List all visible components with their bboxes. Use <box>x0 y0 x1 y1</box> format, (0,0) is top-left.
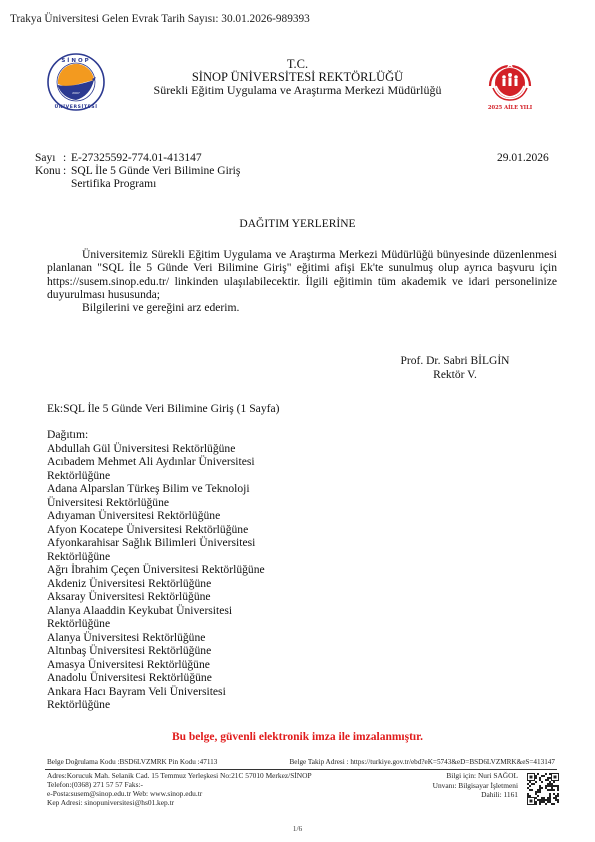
svg-text:2025 AİLE YILI: 2025 AİLE YILI <box>488 104 533 111</box>
distribution-item: Altınbaş Üniversitesi Rektörlüğüne <box>47 644 287 658</box>
body-paragraph: Üniversitemiz Sürekli Eğitim Uygulama ve… <box>47 248 557 301</box>
distribution-item: Ankara Hacı Bayram Veli Üniversitesi Rek… <box>47 685 287 712</box>
tracking-url[interactable]: Belge Takip Adresi : https://turkiye.gov… <box>289 758 555 766</box>
distribution-item: Alanya Alaaddin Keykubat Üniversitesi Re… <box>47 604 287 631</box>
signature-block: Prof. Dr. Sabri BİLGİN Rektör V. <box>380 355 530 382</box>
letter-body: Üniversitemiz Sürekli Eğitim Uygulama ve… <box>47 248 557 314</box>
family-year-logo-icon: 2025 AİLE YILI <box>480 56 540 112</box>
footer-address: Adres:Korucuk Mah. Selanik Cad. 15 Temmu… <box>47 771 312 780</box>
distribution-item: Alanya Üniversitesi Rektörlüğüne <box>47 631 287 645</box>
sayi-value: E-27325592-774.01-413147 <box>71 152 202 165</box>
footer-email-web: e-Posta:susem@sinop.edu.tr Web: www.sino… <box>47 789 312 798</box>
distribution-item: Amasya Üniversitesi Rektörlüğüne <box>47 658 287 672</box>
addressee: DAĞITIM YERLERİNE <box>0 218 595 230</box>
distribution-item: Anadolu Üniversitesi Rektörlüğüne <box>47 671 287 685</box>
incoming-document-stamp: Trakya Üniversitesi Gelen Evrak Tarih Sa… <box>10 13 310 25</box>
footer-info-person: Bilgi için: Nuri SAĞOL <box>400 771 518 781</box>
verification-code: Belge Doğrulama Kodu :BSD6LVZMRK Pin Kod… <box>47 758 217 766</box>
e-signature-notice: Bu belge, güvenli elektronik imza ile im… <box>0 731 595 743</box>
distribution-item: Abdullah Gül Üniversitesi Rektörlüğüne <box>47 442 287 456</box>
konu-value-line1: SQL İle 5 Günde Veri Bilimine Giriş <box>71 165 240 178</box>
qr-code-icon <box>527 773 559 805</box>
konu-value-line2: Sertifika Programı <box>71 178 240 191</box>
distribution-item: Acıbadem Mehmet Ali Aydınlar Üniversites… <box>47 455 287 482</box>
distribution-item: Afyonkarahisar Sağlık Bilimleri Üniversi… <box>47 536 287 563</box>
distribution-item: Adıyaman Üniversitesi Rektörlüğüne <box>47 509 287 523</box>
document-meta: Sayı : E-27325592-774.01-413147 Konu : S… <box>35 152 240 191</box>
signer-name: Prof. Dr. Sabri BİLGİN <box>380 355 530 369</box>
footer-info: Bilgi için: Nuri SAĞOL Unvanı: Bilgisaya… <box>400 771 518 800</box>
distribution-list: Dağıtım: Abdullah Gül Üniversitesi Rektö… <box>47 428 287 712</box>
attachment-line: Ek:SQL İle 5 Günde Veri Bilimine Giriş (… <box>47 402 279 415</box>
sayi-label: Sayı <box>35 152 63 165</box>
footer-info-role: Unvanı: Bilgisayar İşletmeni <box>400 781 518 791</box>
distribution-item: Ağrı İbrahim Çeçen Üniversitesi Rektörlü… <box>47 563 287 577</box>
page-number: 1/6 <box>0 824 595 833</box>
footer-contact: Adres:Korucuk Mah. Selanik Cad. 15 Temmu… <box>47 771 312 807</box>
distribution-item: Afyon Kocatepe Üniversitesi Rektörlüğüne <box>47 523 287 537</box>
document-date: 29.01.2026 <box>497 152 549 164</box>
body-closing: Bilgilerini ve gereğini arz ederim. <box>47 301 557 314</box>
distribution-item: Adana Alparslan Türkeş Bilim ve Teknoloj… <box>47 482 287 509</box>
distribution-item: Akdeniz Üniversitesi Rektörlüğüne <box>47 577 287 591</box>
footer-kep: Kep Adresi: sinopuniversitesi@hs01.kep.t… <box>47 798 312 807</box>
footer-info-ext: Dahili: 1161 <box>400 790 518 800</box>
signer-title: Rektör V. <box>380 369 530 383</box>
footer-verification-row: Belge Doğrulama Kodu :BSD6LVZMRK Pin Kod… <box>47 758 555 766</box>
distribution-label: Dağıtım: <box>47 428 287 442</box>
svg-text:ÜNİVERSİTESİ: ÜNİVERSİTESİ <box>54 103 97 110</box>
distribution-item: Aksaray Üniversitesi Rektörlüğüne <box>47 590 287 604</box>
footer-divider <box>45 769 557 770</box>
footer-phone: Telefon:(0368) 271 57 57 Faks:- <box>47 780 312 789</box>
konu-label: Konu <box>35 165 63 191</box>
